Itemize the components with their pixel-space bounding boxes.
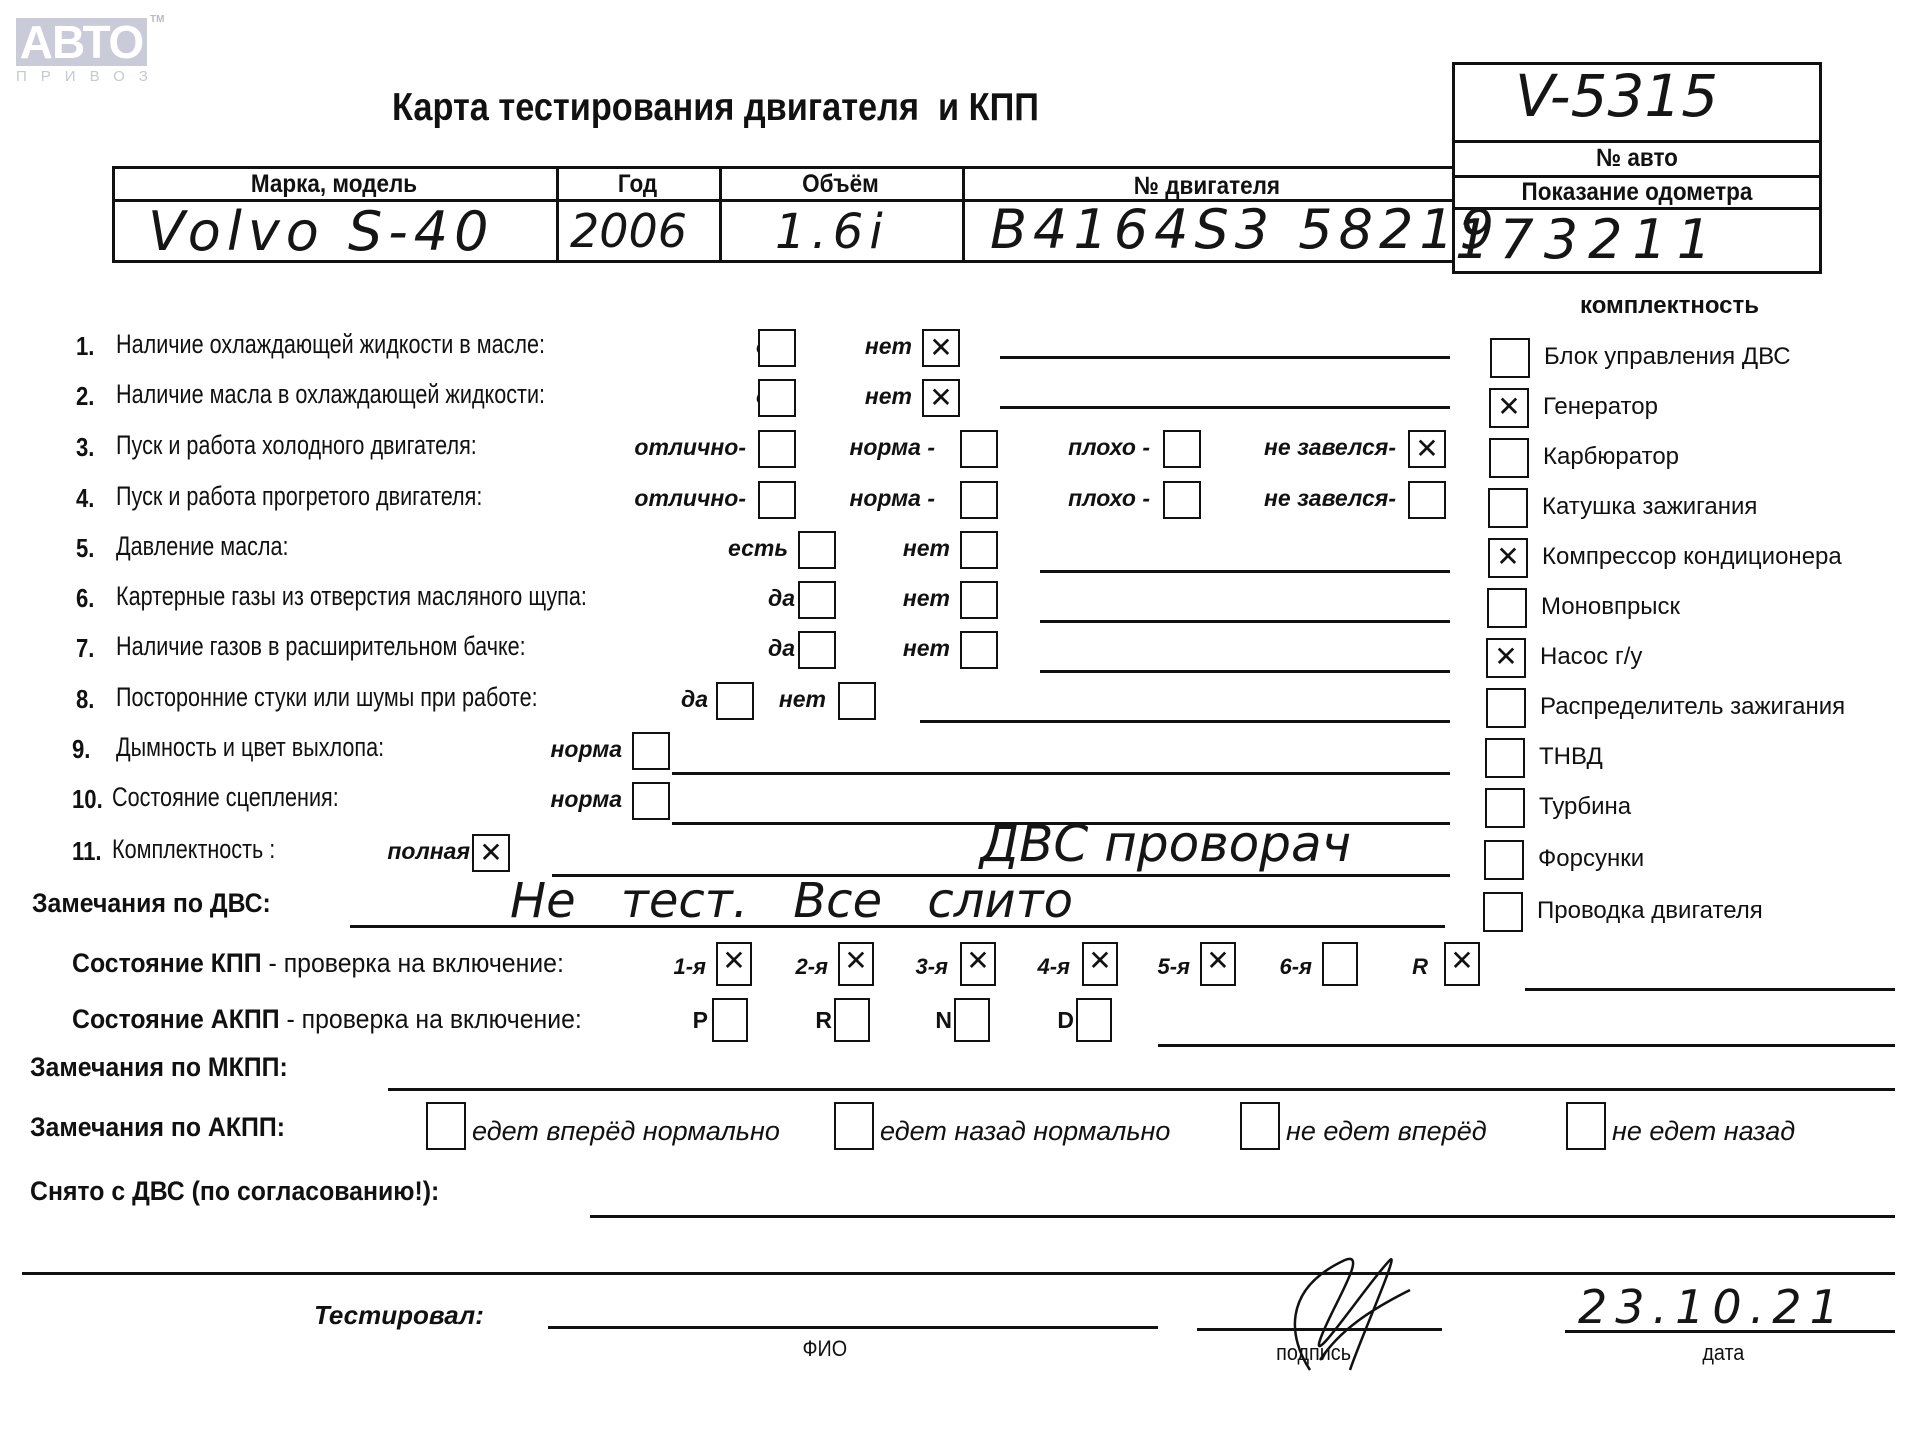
option-label: плохо - <box>1068 434 1150 461</box>
completeness-checkbox[interactable] <box>1489 388 1529 428</box>
item-label: Пуск и работа прогретого двигателя: <box>116 481 482 512</box>
item-number: 5. <box>76 533 94 564</box>
item-number: 1. <box>76 331 94 362</box>
at-option-checkbox[interactable] <box>834 1102 874 1150</box>
option-label: нет <box>865 333 912 360</box>
mode-label: R <box>815 1007 832 1034</box>
option-label: полная <box>387 838 470 865</box>
completeness-item-label: Блок управления ДВС <box>1544 343 1791 371</box>
signature-mark <box>1250 1250 1430 1400</box>
option-checkbox[interactable] <box>1163 430 1201 468</box>
gear-label: 5-я <box>1157 954 1190 980</box>
volume-value[interactable]: 1.6i <box>775 204 889 260</box>
completeness-item-label: Форсунки <box>1538 845 1644 873</box>
option-checkbox[interactable] <box>758 329 796 367</box>
logo-brand: АВТО <box>16 15 147 69</box>
at-option-checkbox[interactable] <box>1566 1102 1606 1150</box>
item-note[interactable]: ДВС проворач <box>980 815 1351 873</box>
option-label: нет <box>903 535 950 562</box>
completeness-checkbox[interactable] <box>1485 738 1525 778</box>
gear-label: 2-я <box>795 954 828 980</box>
odometer-label: Показание одометра <box>1471 178 1804 207</box>
completeness-checkbox[interactable] <box>1486 638 1526 678</box>
item-notes-line[interactable] <box>672 772 1450 775</box>
auto-gearbox-line <box>1158 1044 1895 1047</box>
item-notes-line[interactable] <box>1000 406 1450 409</box>
date-value[interactable]: 23.10.21 <box>1578 1280 1847 1334</box>
item-notes-line[interactable] <box>920 720 1450 723</box>
volume-header: Объём <box>731 170 950 199</box>
manual-gearbox-line <box>1525 988 1895 991</box>
completeness-item-label: Турбина <box>1539 793 1631 821</box>
completeness-checkbox[interactable] <box>1490 338 1530 378</box>
gear-checkbox[interactable] <box>1322 942 1358 986</box>
auto-gearbox-label: Состояние АКПП - проверка на включение: <box>72 1004 582 1035</box>
item-label: Комплектность : <box>112 834 275 865</box>
completeness-item-label: Проводка двигателя <box>1537 897 1763 925</box>
item-label: Посторонние стуки или шумы при работе: <box>116 682 538 713</box>
gear-label: 4-я <box>1037 954 1070 980</box>
item-notes-line[interactable] <box>1040 570 1450 573</box>
at-option-label: не едет назад <box>1612 1116 1795 1147</box>
mode-label: P <box>693 1007 708 1034</box>
at-option-label: едет вперёд нормально <box>472 1116 780 1147</box>
gear-label: R <box>1412 954 1428 980</box>
option-checkbox[interactable] <box>472 834 510 872</box>
completeness-item-label: ТНВД <box>1539 743 1603 771</box>
gear-label: 1-я <box>673 954 706 980</box>
completeness-checkbox[interactable] <box>1486 688 1526 728</box>
option-label: плохо - <box>1068 485 1150 512</box>
at-option-checkbox[interactable] <box>426 1102 466 1150</box>
item-number: 8. <box>76 684 94 715</box>
option-label: нет <box>903 635 950 662</box>
item-label: Дымность и цвет выхлопа: <box>116 732 384 763</box>
completeness-item-label: Генератор <box>1543 393 1658 421</box>
option-checkbox[interactable] <box>798 581 836 619</box>
gear-checkbox[interactable] <box>1444 942 1480 986</box>
option-label: отлично- <box>634 434 746 461</box>
option-checkbox[interactable] <box>632 782 670 820</box>
completeness-item-label: Моновпрыск <box>1541 593 1680 621</box>
option-checkbox[interactable] <box>716 682 754 720</box>
name-line[interactable] <box>548 1326 1158 1329</box>
option-label: да <box>768 635 795 662</box>
mode-label: D <box>1057 1007 1074 1034</box>
logo-trademark: TM <box>150 14 164 25</box>
removed-parts-label: Снято с ДВС (по согласованию!): <box>30 1176 439 1207</box>
make-model-value[interactable]: Volvo S-40 <box>148 200 494 263</box>
option-label: нет <box>865 383 912 410</box>
option-checkbox[interactable] <box>632 732 670 770</box>
manual-gearbox-label: Состояние КПП - проверка на включение: <box>72 948 564 979</box>
item-label: Состояние сцепления: <box>112 782 339 813</box>
engine-remarks-label: Замечания по ДВС: <box>32 888 271 919</box>
option-checkbox[interactable] <box>798 531 836 569</box>
gear-checkbox[interactable] <box>960 942 996 986</box>
name-caption: ФИО <box>802 1336 847 1362</box>
option-label: не завелся- <box>1264 434 1396 461</box>
completeness-checkbox[interactable] <box>1487 588 1527 628</box>
mode-checkbox[interactable] <box>834 998 870 1042</box>
option-label: да <box>768 585 795 612</box>
engine-number-header: № двигателя <box>987 172 1428 201</box>
item-number: 7. <box>76 633 94 664</box>
option-checkbox[interactable] <box>758 379 796 417</box>
gear-checkbox[interactable] <box>1200 942 1236 986</box>
item-number: 11. <box>72 836 102 867</box>
at-option-checkbox[interactable] <box>1240 1102 1280 1150</box>
gear-checkbox[interactable] <box>838 942 874 986</box>
logo-subtitle: ПРИВОЗ <box>16 68 151 86</box>
option-checkbox[interactable] <box>1408 481 1446 519</box>
year-header: Год <box>564 170 711 199</box>
option-label: есть <box>728 535 788 562</box>
option-checkbox[interactable] <box>922 379 960 417</box>
mode-label: N <box>935 1007 952 1034</box>
option-label: не завелся- <box>1264 485 1396 512</box>
item-label: Наличие охлаждающей жидкости в масле: <box>116 329 545 360</box>
option-checkbox[interactable] <box>1163 481 1201 519</box>
year-value[interactable]: 2006 <box>570 204 687 258</box>
option-checkbox[interactable] <box>960 481 998 519</box>
mode-checkbox[interactable] <box>954 998 990 1042</box>
gear-label: 3-я <box>915 954 948 980</box>
page-title: Карта тестирования двигателя и КПП <box>392 86 1039 130</box>
item-number: 6. <box>76 583 94 614</box>
option-label: норма - <box>849 434 935 461</box>
completeness-checkbox[interactable] <box>1483 892 1523 932</box>
option-checkbox[interactable] <box>960 531 998 569</box>
option-checkbox[interactable] <box>922 329 960 367</box>
item-number: 4. <box>76 483 94 514</box>
mt-remarks-line[interactable] <box>388 1088 1895 1091</box>
mt-remarks-label: Замечания по МКПП: <box>30 1052 288 1083</box>
completeness-checkbox[interactable] <box>1489 438 1529 478</box>
option-checkbox[interactable] <box>758 481 796 519</box>
date-caption: дата <box>1702 1340 1744 1366</box>
engine-remarks-value[interactable]: Не тест. Все слито <box>510 873 1073 929</box>
completeness-title: комплектность <box>1580 292 1759 320</box>
completeness-checkbox[interactable] <box>1484 840 1524 880</box>
gear-checkbox[interactable] <box>716 942 752 986</box>
item-notes-line[interactable] <box>1000 356 1450 359</box>
option-label: да <box>681 686 708 713</box>
option-label: отлично- <box>634 485 746 512</box>
mode-checkbox[interactable] <box>1076 998 1112 1042</box>
item-number: 10. <box>72 784 103 815</box>
gear-checkbox[interactable] <box>1082 942 1118 986</box>
option-label: норма <box>551 736 623 763</box>
car-number-label: № авто <box>1471 144 1804 173</box>
completeness-item-label: Насос г/у <box>1540 643 1642 671</box>
item-number: 3. <box>76 432 94 463</box>
completeness-item-label: Катушка зажигания <box>1542 493 1757 521</box>
gear-label: 6-я <box>1279 954 1312 980</box>
completeness-item-label: Карбюратор <box>1543 443 1679 471</box>
option-label: нет <box>903 585 950 612</box>
tested-by-label: Тестировал: <box>314 1300 484 1331</box>
item-label: Наличие масла в охлаждающей жидкости: <box>116 379 545 410</box>
item-label: Пуск и работа холодного двигателя: <box>116 430 477 461</box>
completeness-checkbox[interactable] <box>1485 788 1525 828</box>
car-number-value[interactable]: V-5315 <box>1515 62 1718 130</box>
item-label: Картерные газы из отверстия масляного щу… <box>116 581 587 612</box>
mode-checkbox[interactable] <box>712 998 748 1042</box>
completeness-checkbox[interactable] <box>1488 538 1528 578</box>
removed-parts-line[interactable] <box>590 1215 1895 1218</box>
option-label: нет <box>779 686 826 713</box>
divider <box>22 1272 1895 1275</box>
at-option-label: не едет вперёд <box>1286 1116 1487 1147</box>
option-checkbox[interactable] <box>960 430 998 468</box>
engine-number-value[interactable]: B4164S3 58219 <box>990 198 1500 261</box>
item-label: Давление масла: <box>116 531 289 562</box>
option-checkbox[interactable] <box>960 581 998 619</box>
at-remarks-label: Замечания по АКПП: <box>30 1112 285 1143</box>
option-checkbox[interactable] <box>838 682 876 720</box>
item-notes-line[interactable] <box>1040 620 1450 623</box>
option-checkbox[interactable] <box>758 430 796 468</box>
option-label: норма <box>551 786 623 813</box>
option-checkbox[interactable] <box>960 631 998 669</box>
completeness-checkbox[interactable] <box>1488 488 1528 528</box>
completeness-item-label: Распределитель зажигания <box>1540 693 1845 721</box>
completeness-item-label: Компрессор кондиционера <box>1542 543 1842 571</box>
item-notes-line[interactable] <box>1040 670 1450 673</box>
at-option-label: едет назад нормально <box>880 1116 1170 1147</box>
option-checkbox[interactable] <box>1408 430 1446 468</box>
make-model-header: Марка, модель <box>134 170 534 199</box>
item-number: 9. <box>72 734 90 765</box>
option-checkbox[interactable] <box>798 631 836 669</box>
item-label: Наличие газов в расширительном бачке: <box>116 631 526 662</box>
option-label: норма - <box>849 485 935 512</box>
item-number: 2. <box>76 381 94 412</box>
